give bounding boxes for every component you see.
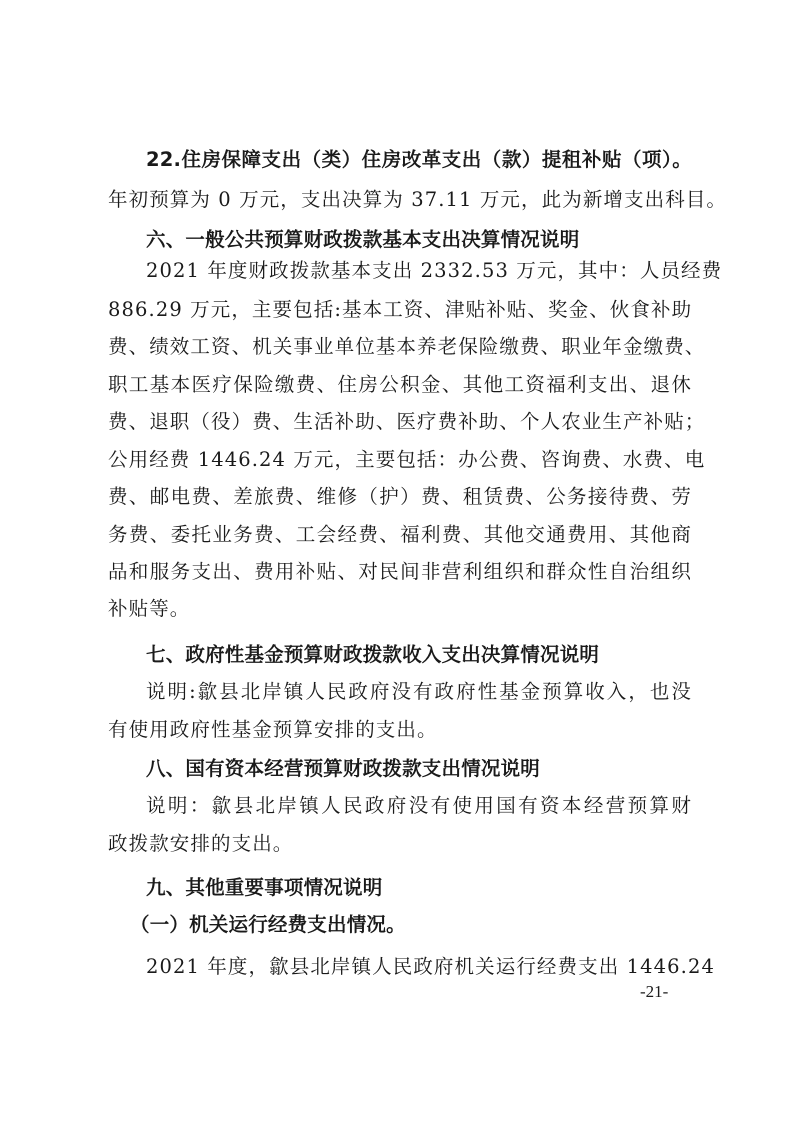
section-7-heading: 七、政府性基金预算财政拨款收入支出决算情况说明 [146,642,692,668]
item-22-heading: 22.住房保障支出（类）住房改革支出（款）提租补贴（项）。 [146,147,692,173]
body-line: 公用经费 1446.24 万元，主要包括：办公费、咨询费、水费、电 [108,447,692,473]
section-9-heading: 九、其他重要事项情况说明 [146,875,692,901]
body-line: 有使用政府性基金预算安排的支出。 [108,717,692,743]
document-page: 22.住房保障支出（类）住房改革支出（款）提租补贴（项）。 年初预算为 0 万元… [0,0,793,1122]
body-line: 说明:歙县北岸镇人民政府没有政府性基金预算收入，也没 [146,679,692,705]
subsection-1-heading: （一）机关运行经费支出情况。 [130,912,714,938]
section-6-heading: 六、一般公共预算财政拨款基本支出决算情况说明 [146,227,692,253]
body-line: 费、绩效工资、机关事业单位基本养老保险缴费、职业年金缴费、 [108,334,692,360]
body-line: 政拨款安排的支出。 [108,831,692,857]
page-number: -21- [640,982,668,1002]
body-line: 费、邮电费、差旅费、维修（护）费、租赁费、公务接待费、劳 [108,484,692,510]
body-line: 务费、委托业务费、工会经费、福利费、其他交通费用、其他商 [108,522,692,548]
body-line: 2021 年度，歙县北岸镇人民政府机关运行经费支出 1446.24 [146,954,692,980]
body-line: 说明：歙县北岸镇人民政府没有使用国有资本经营预算财 [146,793,692,819]
body-line: 年初预算为 0 万元，支出决算为 37.11 万元，此为新增支出科目。 [108,187,692,213]
body-line: 职工基本医疗保险缴费、住房公积金、其他工资福利支出、退休 [108,372,692,398]
body-line: 2021 年度财政拨款基本支出 2332.53 万元，其中：人员经费 [146,258,692,284]
body-line: 补贴等。 [108,596,692,622]
body-line: 费、退职（役）费、生活补助、医疗费补助、个人农业生产补贴； [108,409,692,435]
section-8-heading: 八、国有资本经营预算财政拨款支出情况说明 [146,756,692,782]
body-line: 品和服务支出、费用补贴、对民间非营利组织和群众性自治组织 [108,559,692,585]
body-line: 886.29 万元，主要包括:基本工资、津贴补贴、奖金、伙食补助 [108,297,692,323]
